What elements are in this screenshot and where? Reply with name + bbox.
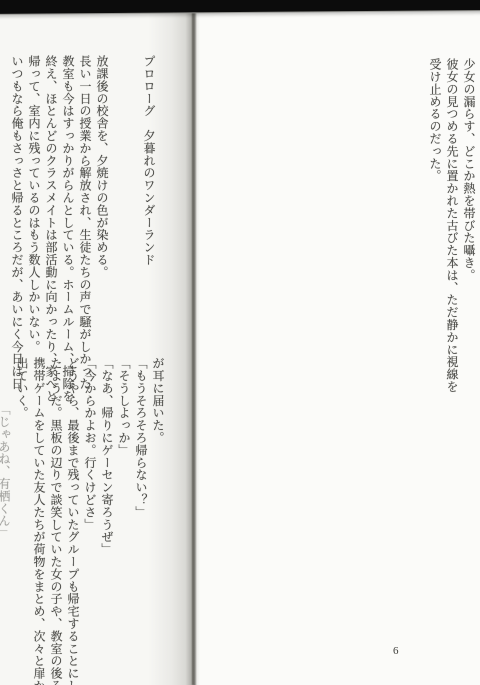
text-line: どうやら、最後まで残っていたグループも帰宅することにし bbox=[64, 357, 81, 677]
right-page-text: 少女の漏らす、どこか熱を帯びた囁き。彼女の見つめる先に置かれた古びた本は、ただ静… bbox=[417, 58, 477, 458]
left-page-bottom-tier: が耳に届いた。「もうそろそろ帰らない？」「そうしよっか」「なあ、帰りにゲーセン寄… bbox=[0, 357, 166, 677]
cropped-edge-text: 「じゃあね、有栖くん」 bbox=[0, 403, 12, 583]
text-line: 「じゃあね、有栖くん」 bbox=[0, 403, 12, 583]
page-number: 6 bbox=[393, 645, 399, 657]
scanned-book-page: 少女の漏らす、どこか熱を帯びた囁き。彼女の見つめる先に置かれた古びた本は、ただ静… bbox=[0, 0, 480, 685]
text-line: 携帯ゲームをしていた友人たちが荷物をまとめ、次々と扉から bbox=[30, 357, 47, 677]
text-line: たようだ。黒板の辺りで談笑していた女の子や、教室の後ろで bbox=[47, 357, 64, 677]
text-line: 「そうしよっか」 bbox=[115, 357, 132, 677]
page-fold-line bbox=[192, 8, 194, 685]
text-line: 受け止めるのだった。 bbox=[426, 58, 443, 458]
text-line: 「今からかよお。行くけどさ」 bbox=[81, 357, 98, 677]
text-line: が耳に届いた。 bbox=[149, 357, 166, 677]
text-line: 「なあ、帰りにゲーセン寄ろうぜ」 bbox=[98, 357, 115, 677]
text-line: 少女の漏らす、どこか熱を帯びた囁き。 bbox=[460, 58, 477, 458]
text-line: 「もうそろそろ帰らない？」 bbox=[132, 357, 149, 677]
text-line: 出ていく。 bbox=[13, 357, 30, 677]
text-line: 彼女の見つめる先に置かれた古びた本は、ただ静かに視線を bbox=[443, 58, 460, 458]
